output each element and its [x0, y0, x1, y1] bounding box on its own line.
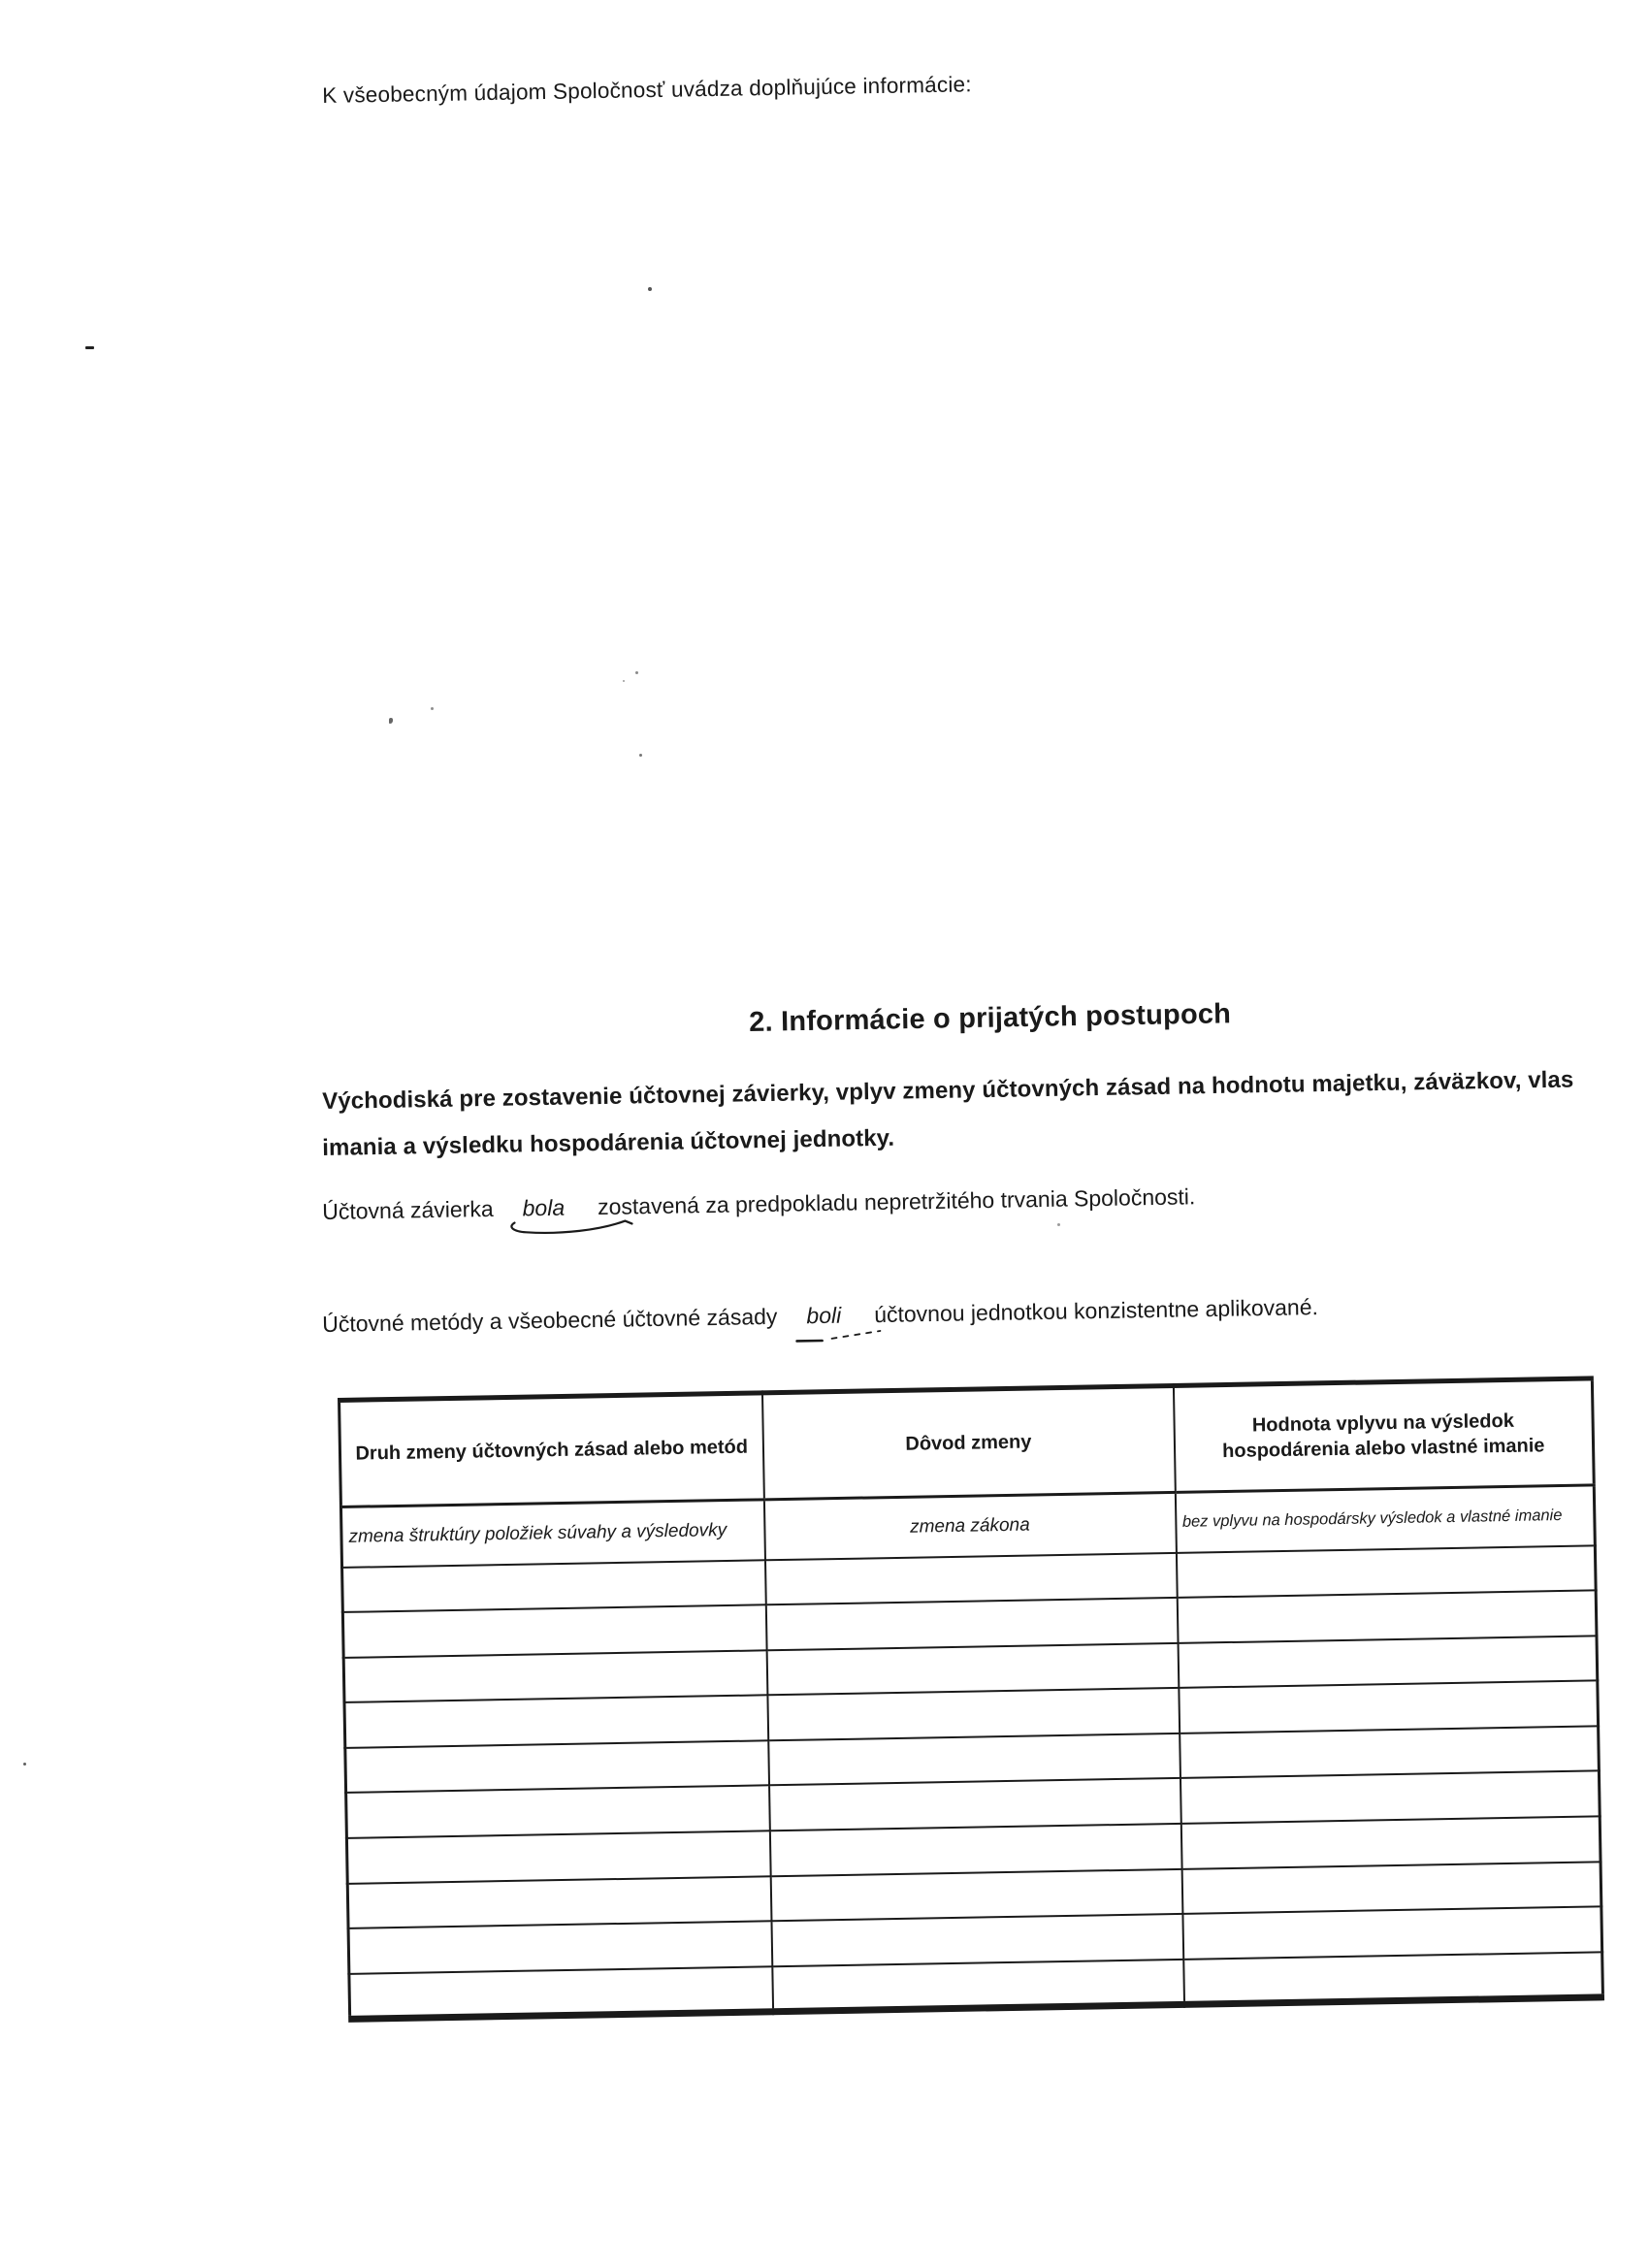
empty-cell	[1176, 1545, 1596, 1598]
going-concern-sentence: Účtovná závierkabolazostavená za predpok…	[322, 1183, 1196, 1225]
empty-cell	[349, 1966, 773, 2019]
section-title: 2. Informácie o prijatých postupoch	[749, 998, 1231, 1039]
going-concern-suffix: zostavená za predpokladu nepretržitého t…	[598, 1183, 1196, 1219]
scan-speck	[23, 1763, 26, 1766]
empty-cell	[1180, 1816, 1600, 1868]
changes-table-body: zmena štruktúry položiek súvahy a výsled…	[340, 1485, 1602, 2019]
empty-cell	[771, 1914, 1183, 1966]
consistency-sentence: Účtovné metódy a všeobecné účtovné zásad…	[322, 1294, 1318, 1338]
scan-speck	[431, 707, 434, 710]
empty-cell	[764, 1552, 1177, 1604]
empty-cell	[347, 1876, 771, 1928]
scan-speck	[635, 671, 638, 674]
empty-cell	[344, 1696, 768, 1748]
empty-cell	[1179, 1681, 1599, 1733]
empty-cell	[342, 1560, 766, 1612]
scan-speck	[389, 718, 393, 724]
empty-cell	[772, 1960, 1184, 2012]
scan-speck	[639, 754, 642, 757]
cell-change-reason: zmena zákona	[763, 1492, 1176, 1559]
empty-cell	[1180, 1726, 1600, 1778]
consistency-prefix: Účtovné metódy a všeobecné účtovné zásad…	[322, 1304, 778, 1337]
filled-word-bola: bola	[522, 1195, 565, 1222]
cell-impact-value: bez vplyvu na hospodársky výsledok a vla…	[1175, 1485, 1595, 1553]
filled-word-boli: boli	[806, 1303, 841, 1330]
basis-paragraph-line2: imania a výsledku hospodárenia účtovnej …	[322, 1125, 894, 1162]
empty-cell	[1177, 1590, 1597, 1642]
empty-cell	[346, 1786, 770, 1838]
intro-note: K všeobecným údajom Spoločnosť uvádza do…	[322, 72, 972, 109]
accounting-changes-table: Druh zmeny účtovných zásad alebo metód D…	[338, 1376, 1601, 2022]
going-concern-prefix: Účtovná závierka	[322, 1196, 494, 1224]
empty-cell	[1180, 1771, 1600, 1824]
empty-cell	[345, 1740, 769, 1793]
empty-cell	[768, 1733, 1180, 1786]
header-impact-value: Hodnota vplyvu na výsledok hospodárenia …	[1173, 1378, 1594, 1493]
empty-cell	[342, 1604, 766, 1657]
empty-cell	[348, 1922, 772, 1974]
basis-paragraph-line1: Východiská pre zostavenie účtovnej závie…	[322, 1066, 1574, 1116]
dashed-underline-mark	[795, 1328, 885, 1345]
empty-cell	[770, 1869, 1182, 1922]
empty-cell	[766, 1643, 1179, 1696]
empty-cell	[765, 1598, 1178, 1650]
empty-cell	[767, 1688, 1180, 1740]
empty-cell	[769, 1778, 1181, 1831]
empty-cell	[343, 1650, 767, 1702]
empty-cell	[1178, 1636, 1598, 1688]
consistency-suffix: účtovnou jednotkou konzistentne aplikova…	[874, 1294, 1318, 1327]
scan-speck	[623, 680, 625, 682]
scan-speck	[1057, 1223, 1060, 1226]
header-change-type: Druh zmeny účtovných zásad alebo metód	[339, 1393, 764, 1507]
scanned-document-page: K všeobecným údajom Spoločnosť uvádza do…	[0, 0, 1649, 2268]
empty-cell	[1181, 1862, 1601, 1914]
empty-cell	[1182, 1907, 1602, 1960]
scan-speck	[85, 346, 94, 349]
empty-cell	[346, 1831, 770, 1883]
header-change-reason: Dôvod zmeny	[761, 1385, 1175, 1499]
scan-speck	[648, 287, 652, 291]
empty-cell	[1183, 1952, 1603, 2004]
cell-change-type: zmena štruktúry položiek súvahy a výsled…	[340, 1500, 764, 1568]
empty-cell	[769, 1824, 1181, 1876]
